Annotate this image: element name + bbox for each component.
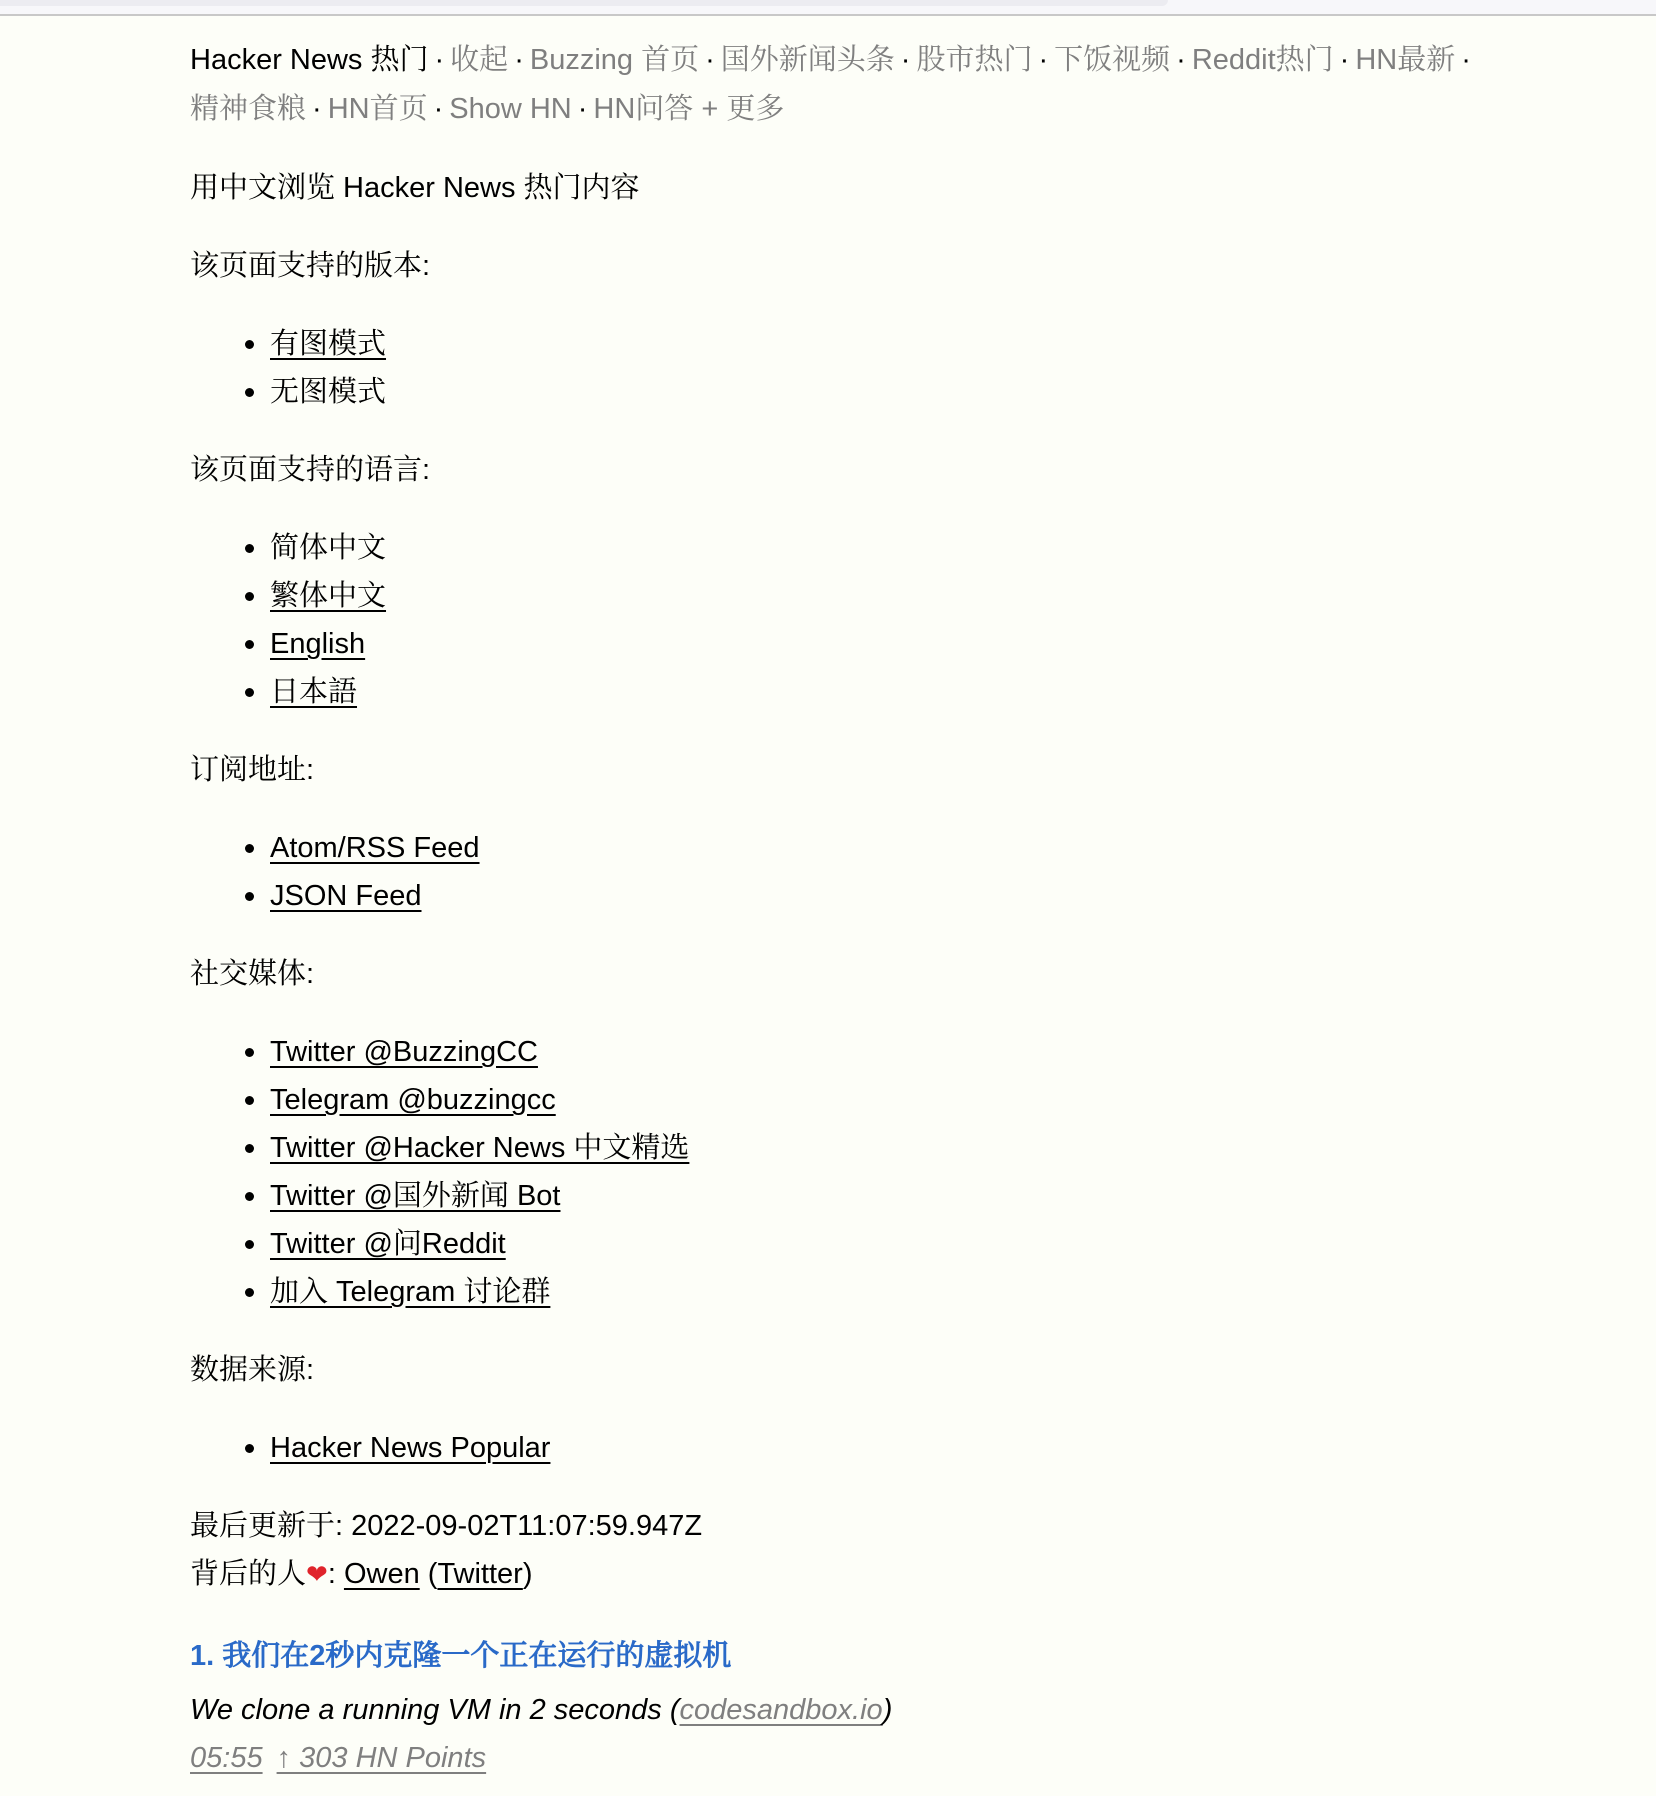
social-link-twitter-buzzingcc[interactable]: Twitter @BuzzingCC [270,1036,538,1068]
nav-link-buzzing-home[interactable]: Buzzing 首页 [530,44,699,76]
list-item: 繁体中文 [270,572,1610,620]
list-item: Telegram @buzzingcc [270,1076,1610,1124]
article-meta: 05:55↑ 303 HN Points [190,1736,1610,1780]
browser-tab-shape [0,0,1168,6]
article-original-text: We clone a running VM in 2 seconds [190,1694,662,1726]
nav-separator: · [434,93,444,125]
versions-list: 有图模式 无图模式 [190,320,1610,416]
social-link-twitter-ask-reddit[interactable]: Twitter @问Reddit [270,1228,506,1260]
nav-link-reddit[interactable]: Reddit热门 [1192,44,1334,76]
list-item: JSON Feed [270,872,1610,920]
nav-link-world-news[interactable]: 国外新闻头条 [721,44,895,76]
nav-separator: · [1038,44,1048,76]
version-current-no-images: 无图模式 [270,376,386,408]
list-item: Twitter @BuzzingCC [270,1028,1610,1076]
top-nav: Hacker News 热门·收起·Buzzing 首页·国外新闻头条·股市热门… [190,36,1610,134]
article-domain-link[interactable]: codesandbox.io [680,1694,883,1726]
paren-close: ) [883,1694,893,1726]
article-title[interactable]: 1. 我们在2秒内克隆一个正在运行的虚拟机 [190,1628,1610,1684]
list-item: 无图模式 [270,368,1610,416]
nav-separator: · [1340,44,1350,76]
social-link-twitter-hn-chinese[interactable]: Twitter @Hacker News 中文精选 [270,1132,689,1164]
article-item: 1. 我们在2秒内克隆一个正在运行的虚拟机 We clone a running… [190,1628,1610,1780]
list-item: Hacker News Popular [270,1424,1610,1472]
intro-text: 用中文浏览 Hacker News 热门内容 [190,164,1610,212]
author-colon: : [328,1558,336,1590]
list-item: English [270,620,1610,668]
nav-link-stocks[interactable]: 股市热门 [916,44,1032,76]
social-link-telegram-group[interactable]: 加入 Telegram 讨论群 [270,1276,550,1308]
nav-separator: · [435,44,445,76]
languages-heading: 该页面支持的语言: [190,446,1610,494]
nav-link-collapse[interactable]: 收起 [450,44,508,76]
sources-list: Hacker News Popular [190,1424,1610,1472]
page-content: Hacker News 热门·收起·Buzzing 首页·国外新闻头条·股市热门… [190,22,1610,1780]
author-line: 背后的人❤: Owen (Twitter) [190,1550,1610,1598]
article-points-link[interactable]: ↑ 303 HN Points [277,1742,487,1774]
list-item: 有图模式 [270,320,1610,368]
list-item: 加入 Telegram 讨论群 [270,1268,1610,1316]
feed-link-json[interactable]: JSON Feed [270,880,422,912]
feeds-list: Atom/RSS Feed JSON Feed [190,824,1610,920]
nav-separator: · [1176,44,1186,76]
sources-heading: 数据来源: [190,1346,1610,1394]
social-link-telegram-buzzingcc[interactable]: Telegram @buzzingcc [270,1084,556,1116]
last-updated-label: 最后更新于: [190,1510,343,1542]
social-link-twitter-world-news-bot[interactable]: Twitter @国外新闻 Bot [270,1180,560,1212]
paren-open: ( [670,1694,680,1726]
feeds-heading: 订阅地址: [190,746,1610,794]
last-updated: 最后更新于: 2022-09-02T11:07:59.947Z [190,1502,1610,1550]
nav-link-mental-food[interactable]: 精神食粮 [190,93,306,125]
last-updated-value: 2022-09-02T11:07:59.947Z [351,1510,702,1542]
version-link-with-images[interactable]: 有图模式 [270,328,386,360]
list-item: 简体中文 [270,524,1610,572]
list-item: Twitter @Hacker News 中文精选 [270,1124,1610,1172]
nav-separator: · [705,44,715,76]
heart-icon: ❤ [306,1559,328,1589]
languages-list: 简体中文 繁体中文 English 日本語 [190,524,1610,716]
browser-top-strip [0,0,1656,16]
nav-link-videos[interactable]: 下饭视频 [1054,44,1170,76]
language-current-simplified-chinese: 简体中文 [270,532,386,564]
paren-close: ) [523,1558,533,1590]
nav-link-hn-home[interactable]: HN首页 [328,93,428,125]
article-time-link[interactable]: 05:55 [190,1742,263,1774]
nav-separator: · [901,44,911,76]
paren-open: ( [428,1558,438,1590]
language-link-japanese[interactable]: 日本語 [270,676,357,708]
author-label: 背后的人 [190,1558,306,1590]
list-item: 日本語 [270,668,1610,716]
nav-separator: · [312,93,322,125]
author-link-twitter[interactable]: Twitter [437,1558,522,1590]
social-list: Twitter @BuzzingCC Telegram @buzzingcc T… [190,1028,1610,1316]
source-link-hn-popular[interactable]: Hacker News Popular [270,1432,550,1464]
language-link-traditional-chinese[interactable]: 繁体中文 [270,580,386,612]
nav-link-hn-newest[interactable]: HN最新 [1355,44,1455,76]
nav-separator: · [578,93,588,125]
article-original-title: We clone a running VM in 2 seconds (code… [190,1684,1610,1736]
nav-link-show-hn[interactable]: Show HN [449,93,572,125]
nav-current-page: Hacker News 热门 [190,44,429,76]
list-item: Twitter @问Reddit [270,1220,1610,1268]
nav-separator: · [1461,44,1471,76]
social-heading: 社交媒体: [190,950,1610,998]
nav-more-button[interactable]: + 更多 [701,93,784,125]
list-item: Atom/RSS Feed [270,824,1610,872]
nav-link-ask-hn[interactable]: HN问答 [593,93,693,125]
author-link-owen[interactable]: Owen [344,1558,420,1590]
versions-heading: 该页面支持的版本: [190,242,1610,290]
nav-separator: · [514,44,524,76]
language-link-english[interactable]: English [270,628,365,660]
list-item: Twitter @国外新闻 Bot [270,1172,1610,1220]
feed-link-atom-rss[interactable]: Atom/RSS Feed [270,832,480,864]
